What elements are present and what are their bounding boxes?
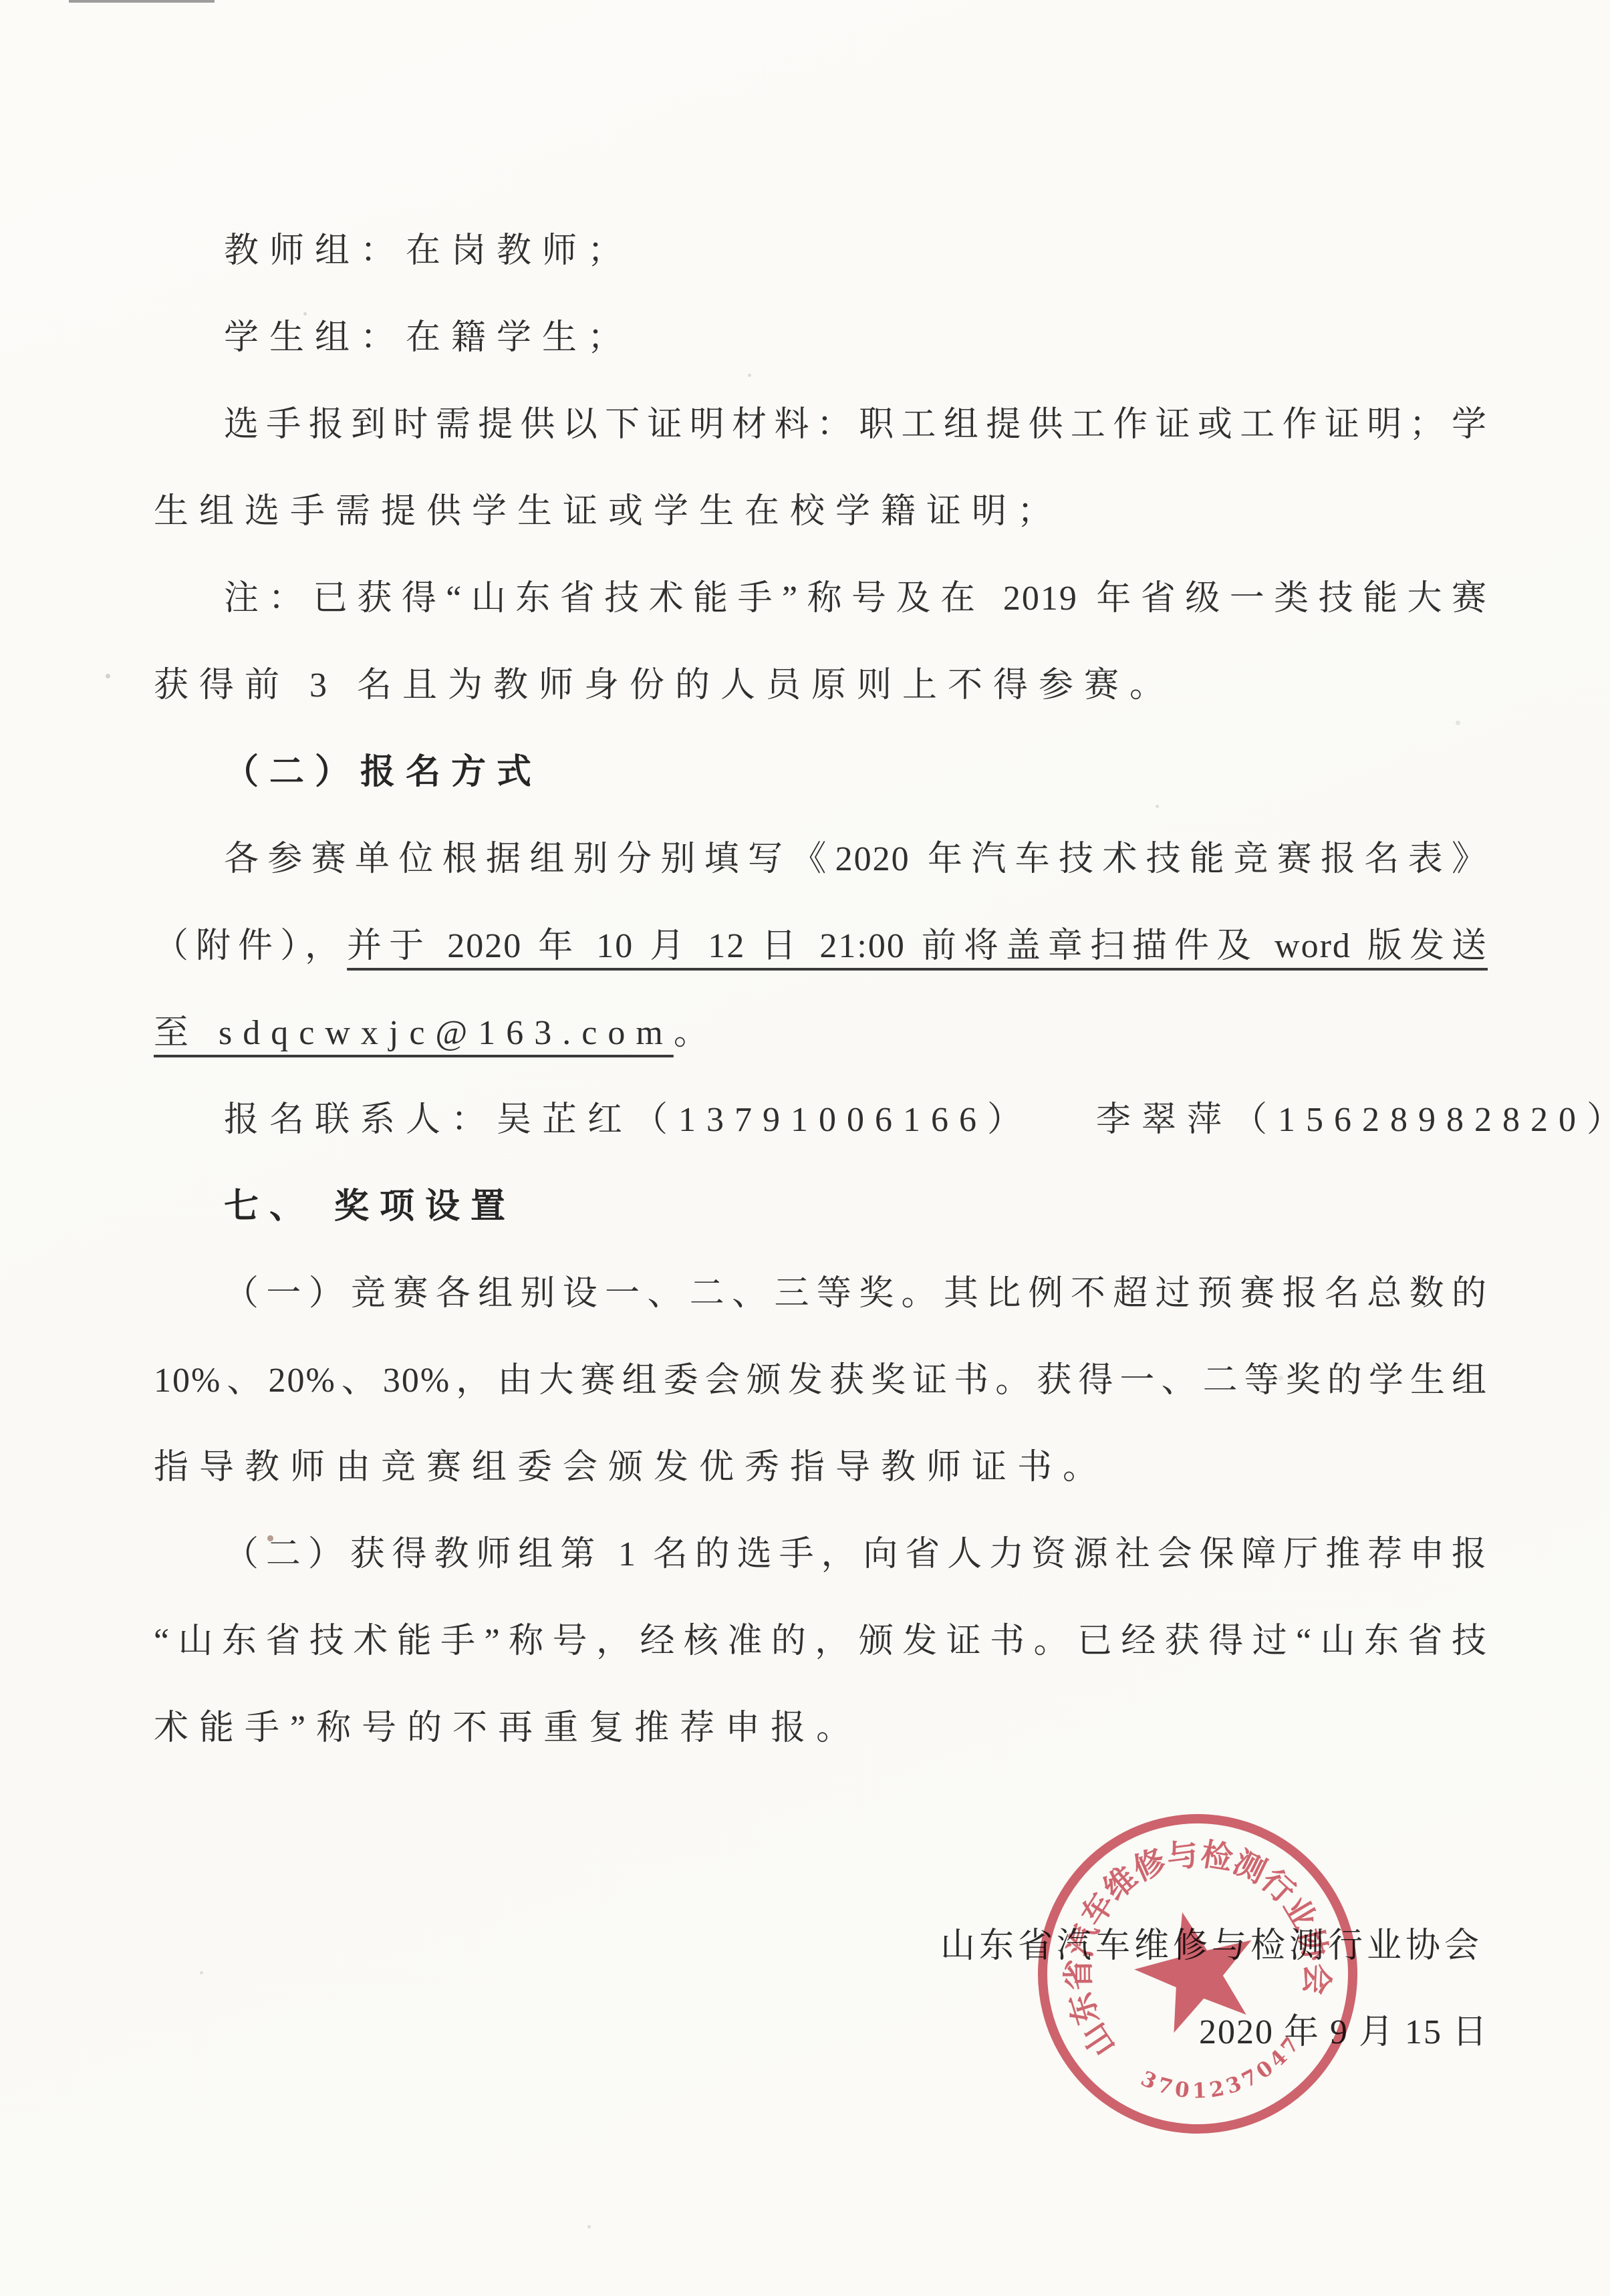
doc-line: “山东省技术能手”称号，经核准的，颁发证书。已经获得过“山东省技 [154,1598,1488,1685]
doc-line: （附件），并于 2020 年 10 月 12 日 21:00 前将盖章扫描件及 … [154,903,1488,990]
section-heading-awards: 七、 奖项设置 [154,1164,1488,1251]
section-heading-registration: （二）报名方式 [154,729,1488,816]
doc-text-segment: （附件）， [154,927,347,965]
doc-line: 学生组：在籍学生； [154,295,1488,382]
doc-line: （一）竞赛各组别设一、二、三等奖。其比例不超过预赛报名总数的 [154,1251,1488,1337]
underlined-email-text: 至 sdqcwxjc@163.com [154,1014,674,1052]
doc-line: 至 sdqcwxjc@163.com。 [154,990,1488,1077]
doc-line: 术能手”称号的不再重复推荐申报。 [154,1685,1488,1772]
contact-2: 李翠萍（15628982820） [1096,1101,1610,1139]
scan-speckles [0,0,2,2]
doc-line: （二）获得教师组第 1 名的选手，向省人力资源社会保障厅推荐申报 [154,1511,1488,1598]
doc-line: 生组选手需提供学生证或学生在校学籍证明； [154,469,1488,555]
doc-line-contacts: 报名联系人：吴芷红（13791006166）李翠萍（15628982820） [154,1077,1488,1164]
document-body: 教师组：在岗教师； 学生组：在籍学生； 选手报到时需提供以下证明材料：职工组提供… [154,208,1488,1772]
doc-text-segment: 。 [674,1014,719,1052]
scan-artifact-line [69,0,215,3]
doc-line: 10%、20%、30%，由大赛组委会颁发获奖证书。获得一、二等奖的学生组 [154,1337,1488,1424]
star-icon [1123,1898,1268,2039]
doc-line: 获得前 3 名且为教师身份的人员原则上不得参赛。 [154,642,1488,729]
doc-line: 选手报到时需提供以下证明材料：职工组提供工作证或工作证明；学 [154,382,1488,469]
doc-line: 指导教师由竞赛组委会颁发优秀指导教师证书。 [154,1424,1488,1511]
doc-line: 注：已获得“山东省技术能手”称号及在 2019 年省级一类技能大赛 [154,555,1488,642]
seal-group: 山东省汽车维修与检测行业协会 3701237047555 [1010,1786,1385,2162]
doc-line: 教师组：在岗教师； [154,208,1488,295]
contact-1: 报名联系人：吴芷红（13791006166） [224,1101,1033,1139]
doc-line: 各参赛单位根据组别分别填写《2020 年汽车技术技能竞赛报名表》 [154,816,1488,903]
official-seal-stamp: 山东省汽车维修与检测行业协会 3701237047555 [991,1767,1404,2180]
underlined-deadline-text: 并于 2020 年 10 月 12 日 21:00 前将盖章扫描件及 word … [347,927,1488,965]
document-page: 教师组：在岗教师； 学生组：在籍学生； 选手报到时需提供以下证明材料：职工组提供… [0,0,1610,2296]
